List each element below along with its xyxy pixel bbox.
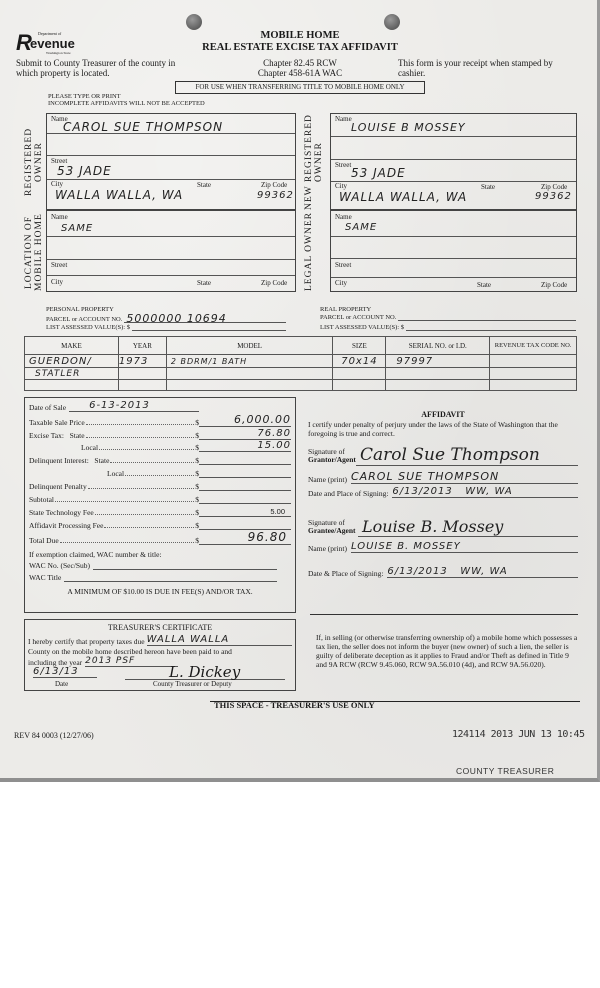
col-size: SIZE bbox=[333, 337, 386, 355]
zip-label: Zip Code bbox=[261, 279, 287, 287]
fee-label: Affidavit Processing Fee bbox=[29, 521, 103, 530]
fee-label: Local bbox=[81, 443, 98, 452]
form-number: REV 84 0003 (12/27/06) bbox=[14, 731, 94, 740]
col-serial: SERIAL NO. or I.D. bbox=[386, 337, 490, 355]
model-cell[interactable]: 2 BDRM/1 BATH bbox=[166, 355, 333, 368]
grantor-date-row: Date and Place of Signing: 6/13/2013 WW,… bbox=[308, 486, 578, 498]
form-title: MOBILE HOME REAL ESTATE EXCISE TAX AFFID… bbox=[200, 30, 400, 54]
dor-logo: R Department of evenue Washington State bbox=[16, 30, 78, 58]
personal-property-heading: PERSONAL PROPERTY bbox=[46, 306, 114, 313]
affidavit-statement: I certify under penalty of perjury under… bbox=[308, 420, 578, 438]
grantor-name-row: Name (print) CAROL SUE THOMPSON bbox=[308, 470, 578, 484]
street-label: Street bbox=[335, 161, 351, 169]
fee-row-delinquent-penalty: Delinquent Penalty$ bbox=[29, 480, 291, 491]
wac-title-label: WAC Title bbox=[29, 573, 61, 582]
name-label: Name bbox=[335, 213, 352, 221]
revenue-code-cell[interactable] bbox=[490, 368, 577, 380]
wac-no-field[interactable] bbox=[93, 562, 277, 570]
total-due-value[interactable]: 96.80 bbox=[199, 530, 291, 545]
incomplete-note: INCOMPLETE AFFIDAVITS WILL NOT BE ACCEPT… bbox=[48, 100, 205, 107]
personal-parcel-value: 5000000 10694 bbox=[126, 315, 226, 322]
make-cell[interactable]: STATLER bbox=[25, 368, 119, 380]
new-owner-zip[interactable]: 99362 bbox=[535, 191, 572, 202]
grantor-name-print[interactable]: CAROL SUE THOMPSON bbox=[351, 470, 578, 484]
new-owner-street[interactable]: 53 JADE bbox=[351, 166, 406, 180]
mobile-home-table: MAKE YEAR MODEL SIZE SERIAL NO. or I.D. … bbox=[24, 336, 577, 391]
cert-line1-text: I hereby certify that property taxes due bbox=[28, 637, 145, 646]
parcel-label: PARCEL or ACCOUNT NO. bbox=[46, 316, 122, 323]
sig-label-line2: Grantor/Agent bbox=[308, 456, 356, 464]
real-assessed-row: LIST ASSESSED VALUE(S): $ bbox=[320, 324, 576, 331]
make-cell[interactable]: GUERDON/ bbox=[25, 355, 119, 368]
state-technology-fee-value[interactable]: 5.00 bbox=[199, 507, 291, 517]
registered-owner-zip[interactable]: 99362 bbox=[257, 190, 294, 201]
name-print-label: Name (print) bbox=[308, 475, 347, 484]
location-of-mobile-home-label: LOCATION OF MOBILE HOME bbox=[24, 212, 48, 292]
personal-assessed-row: LIST ASSESSED VALUE(S): $ bbox=[46, 324, 286, 331]
grantee-signature-row: Signature of Grantee/Agent Louise B. Mos… bbox=[308, 515, 578, 537]
size-cell[interactable] bbox=[333, 380, 386, 391]
scanned-form-page: R Department of evenue Washington State … bbox=[0, 0, 600, 782]
col-make: MAKE bbox=[25, 337, 119, 355]
date-of-sale-label: Date of Sale bbox=[29, 403, 66, 412]
tax-calculation-section: Date of Sale 6-13-2013 Taxable Sale Pric… bbox=[24, 397, 296, 613]
cert-county-value[interactable]: WALLA WALLA bbox=[147, 634, 292, 646]
chapter-refs: Chapter 82.45 RCW Chapter 458-61A WAC bbox=[230, 58, 370, 78]
grantor-date-place[interactable]: 6/13/2013 WW, WA bbox=[392, 486, 578, 498]
punch-hole-right bbox=[384, 14, 400, 30]
new-owner-name[interactable]: LOUISE B MOSSEY bbox=[351, 121, 466, 134]
revenue-code-cell[interactable] bbox=[490, 380, 577, 391]
fee-label: Total Due bbox=[29, 536, 59, 545]
grantee-name-row: Name (print) LOUISE B. MOSSEY bbox=[308, 541, 578, 553]
registered-owner-city[interactable]: WALLA WALLA, WA bbox=[55, 188, 183, 202]
zip-label: Zip Code bbox=[541, 281, 567, 289]
date-place-label: Date & Place of Signing: bbox=[308, 569, 383, 578]
grantor-signature-field[interactable]: Carol Sue Thompson bbox=[356, 446, 578, 466]
fee-label: Excise Tax: State bbox=[29, 431, 85, 440]
date-of-sale-value: 6-13-2013 bbox=[89, 400, 150, 411]
state-label: State bbox=[477, 281, 491, 289]
col-model: MODEL bbox=[166, 337, 333, 355]
fee-row-state-technology-fee: State Technology Fee$ 5.00 bbox=[29, 506, 291, 517]
parcel-label: PARCEL or ACCOUNT NO. bbox=[320, 314, 396, 321]
subtotal-value[interactable] bbox=[199, 503, 291, 504]
personal-assessed-field[interactable] bbox=[132, 324, 286, 331]
registered-owner-name[interactable]: CAROL SUE THOMPSON bbox=[63, 120, 223, 134]
legal-owner-label: LEGAL OWNER bbox=[304, 212, 330, 292]
fee-label: Local bbox=[107, 469, 124, 478]
treasurer-signature-field[interactable]: L. Dickey bbox=[125, 664, 285, 680]
registered-owner-label: REGISTERED OWNER bbox=[24, 112, 48, 212]
size-cell[interactable]: 70x14 bbox=[333, 355, 386, 368]
new-registered-owner-label: NEW REGISTERED OWNER bbox=[304, 112, 330, 212]
fee-row-taxable-sale-price: Taxable Sale Price$ 6,000.00 bbox=[29, 416, 291, 427]
logo-name: evenue bbox=[30, 37, 75, 50]
legal-owner-name[interactable]: SAME bbox=[345, 222, 377, 233]
personal-parcel-row: PARCEL or ACCOUNT NO. 5000000 10694 bbox=[46, 314, 286, 323]
year-cell[interactable] bbox=[118, 368, 166, 380]
print-note: PLEASE TYPE OR PRINT bbox=[48, 93, 121, 100]
form-title-line2: REAL ESTATE EXCISE TAX AFFIDAVIT bbox=[200, 42, 400, 54]
fee-label: Delinquent Penalty bbox=[29, 482, 87, 491]
city-label: City bbox=[335, 182, 347, 190]
date-of-sale-field[interactable]: 6-13-2013 bbox=[69, 401, 199, 412]
date-place-label: Date and Place of Signing: bbox=[308, 489, 388, 498]
name-label: Name bbox=[335, 115, 352, 123]
real-assessed-field[interactable] bbox=[406, 324, 576, 331]
street-label: Street bbox=[51, 261, 67, 269]
exemption-label: If exemption claimed, WAC number & title… bbox=[29, 550, 162, 559]
grantor-sig-label: Signature of Grantor/Agent bbox=[308, 448, 356, 464]
name-label: Name bbox=[51, 213, 68, 221]
year-cell[interactable] bbox=[118, 380, 166, 391]
city-label: City bbox=[51, 278, 63, 286]
location-section: Name SAME Street City State Zip Code bbox=[46, 210, 296, 292]
size-cell[interactable] bbox=[333, 368, 386, 380]
cert-line1: I hereby certify that property taxes due… bbox=[28, 634, 292, 646]
receipt-note: This form is your receipt when stamped b… bbox=[398, 58, 578, 78]
name-print-label: Name (print) bbox=[308, 544, 347, 553]
table-row bbox=[25, 380, 577, 391]
grantee-date-place[interactable]: 6/13/2013 WW, WA bbox=[387, 566, 578, 578]
real-property-heading: REAL PROPERTY bbox=[320, 306, 371, 313]
real-parcel-row: PARCEL or ACCOUNT NO. bbox=[320, 314, 576, 321]
grantee-name-print[interactable]: LOUISE B. MOSSEY bbox=[351, 541, 578, 553]
lien-warning: If, in selling (or otherwise transferrin… bbox=[316, 633, 580, 669]
col-revenue-code: REVENUE TAX CODE NO. bbox=[490, 337, 577, 355]
grantee-signature-field[interactable]: Louise B. Mossey bbox=[358, 515, 578, 537]
fee-row-subtotal: Subtotal$ bbox=[29, 493, 291, 504]
wac-title-row: WAC Title bbox=[29, 573, 277, 582]
treasurer-certificate-section: TREASURER'S CERTIFICATE I hereby certify… bbox=[24, 619, 296, 691]
excise-local-value[interactable]: 15.00 bbox=[199, 440, 291, 452]
table-row: GUERDON/ 1973 2 BDRM/1 BATH 70x14 97997 bbox=[25, 355, 577, 368]
model-cell[interactable] bbox=[166, 368, 333, 380]
table-row: STATLER bbox=[25, 368, 577, 380]
affidavit-section: AFFIDAVIT I certify under penalty of per… bbox=[308, 410, 578, 438]
grantee-sig-label: Signature of Grantee/Agent bbox=[308, 519, 356, 535]
personal-parcel-field[interactable]: 5000000 10694 bbox=[124, 314, 286, 323]
cert-date-value[interactable]: 6/13/13 bbox=[33, 666, 97, 678]
assessed-label: LIST ASSESSED VALUE(S): $ bbox=[46, 324, 130, 331]
zip-label: Zip Code bbox=[261, 181, 287, 189]
delinquent-interest-local-value[interactable] bbox=[199, 477, 291, 478]
real-parcel-field[interactable] bbox=[398, 314, 576, 321]
grantee-signature: Louise B. Mossey bbox=[362, 517, 503, 536]
col-year: YEAR bbox=[118, 337, 166, 355]
registered-owner-section: Name CAROL SUE THOMPSON Street 53 JADE C… bbox=[46, 113, 296, 210]
date-of-sale-row: Date of Sale 6-13-2013 bbox=[29, 401, 291, 412]
serial-cell[interactable] bbox=[386, 380, 490, 391]
use-banner: FOR USE WHEN TRANSFERRING TITLE TO MOBIL… bbox=[175, 81, 425, 94]
minimum-fee-note: A MINIMUM OF $10.00 IS DUE IN FEE(S) AND… bbox=[25, 587, 295, 596]
taxable-sale-price-value[interactable]: 6,000.00 bbox=[199, 413, 291, 427]
zip-label: Zip Code bbox=[541, 183, 567, 191]
treasurer-sig-label: County Treasurer or Deputy bbox=[153, 680, 232, 688]
legal-owner-section: Name SAME Street City State Zip Code bbox=[330, 210, 577, 292]
sig-label-line2: Grantee/Agent bbox=[308, 527, 356, 535]
wac-title-field[interactable] bbox=[64, 574, 277, 582]
treasurer-use-only-label: THIS SPACE - TREASURER'S USE ONLY bbox=[214, 700, 375, 710]
wac-no-row: WAC No. (Sec/Sub) bbox=[29, 561, 277, 570]
fee-row-affidavit-processing-fee: Affidavit Processing Fee$ bbox=[29, 519, 291, 530]
grantor-signature: Carol Sue Thompson bbox=[360, 445, 540, 465]
serial-cell[interactable] bbox=[386, 368, 490, 380]
submit-note: Submit to County Treasurer of the county… bbox=[16, 58, 191, 78]
model-cell[interactable] bbox=[166, 380, 333, 391]
year-cell[interactable]: 1973 bbox=[118, 355, 166, 368]
serial-cell[interactable]: 97997 bbox=[386, 355, 490, 368]
make-cell[interactable] bbox=[25, 380, 119, 391]
state-label: State bbox=[481, 183, 495, 191]
state-label: State bbox=[197, 181, 211, 189]
state-label: State bbox=[197, 279, 211, 287]
table-header-row: MAKE YEAR MODEL SIZE SERIAL NO. or I.D. … bbox=[25, 337, 577, 355]
grantor-signature-row: Signature of Grantor/Agent Carol Sue Tho… bbox=[308, 446, 578, 466]
delinquent-penalty-value[interactable] bbox=[199, 490, 291, 491]
assessed-label: LIST ASSESSED VALUE(S): $ bbox=[320, 324, 404, 331]
logo-state-text: Washington State bbox=[46, 51, 71, 55]
registered-owner-street[interactable]: 53 JADE bbox=[57, 164, 112, 178]
revenue-code-cell[interactable] bbox=[490, 355, 577, 368]
fee-label: Delinquent Interest: State bbox=[29, 456, 109, 465]
chapter-wac: Chapter 458-61A WAC bbox=[230, 68, 370, 78]
excise-state-value[interactable]: 76.80 bbox=[199, 428, 291, 440]
affidavit-heading: AFFIDAVIT bbox=[308, 410, 578, 419]
new-owner-city[interactable]: WALLA WALLA, WA bbox=[339, 190, 467, 204]
chapter-rcw: Chapter 82.45 RCW bbox=[230, 58, 370, 68]
treasurer-certificate-heading: TREASURER'S CERTIFICATE bbox=[25, 623, 295, 632]
new-registered-owner-section: Name LOUISE B MOSSEY Street 53 JADE City… bbox=[330, 113, 577, 210]
divider bbox=[310, 614, 578, 615]
form-title-line1: MOBILE HOME bbox=[200, 30, 400, 42]
wac-no-label: WAC No. (Sec/Sub) bbox=[29, 561, 90, 570]
fee-row-delinquent-interest-state: Delinquent Interest: State$ bbox=[29, 454, 291, 465]
fee-row-excise-local: Local$ 15.00 bbox=[29, 441, 291, 452]
fee-row-excise-state: Excise Tax: State$ 76.80 bbox=[29, 429, 291, 440]
cert-line2: County on the mobile home described here… bbox=[28, 647, 292, 656]
street-label: Street bbox=[335, 261, 351, 269]
punch-hole-left bbox=[186, 14, 202, 30]
location-name[interactable]: SAME bbox=[61, 223, 93, 234]
city-label: City bbox=[335, 279, 347, 287]
fee-label: Taxable Sale Price bbox=[29, 418, 85, 427]
fee-label: Subtotal bbox=[29, 495, 54, 504]
fee-row-total-due: Total Due$ 96.80 bbox=[29, 532, 291, 545]
city-label: City bbox=[51, 180, 63, 188]
fee-label: State Technology Fee bbox=[29, 508, 94, 517]
fee-row-delinquent-interest-local: Local$ bbox=[29, 467, 291, 478]
cert-date-label: Date bbox=[55, 680, 68, 688]
grantee-date-row: Date & Place of Signing: 6/13/2013 WW, W… bbox=[308, 566, 578, 578]
receipt-stamp: 124114 2013 JUN 13 10:45 bbox=[452, 729, 585, 740]
treasurer-signature: L. Dickey bbox=[169, 663, 240, 681]
county-treasurer-stamp: COUNTY TREASURER bbox=[456, 766, 554, 776]
delinquent-interest-state-value[interactable] bbox=[199, 464, 291, 465]
